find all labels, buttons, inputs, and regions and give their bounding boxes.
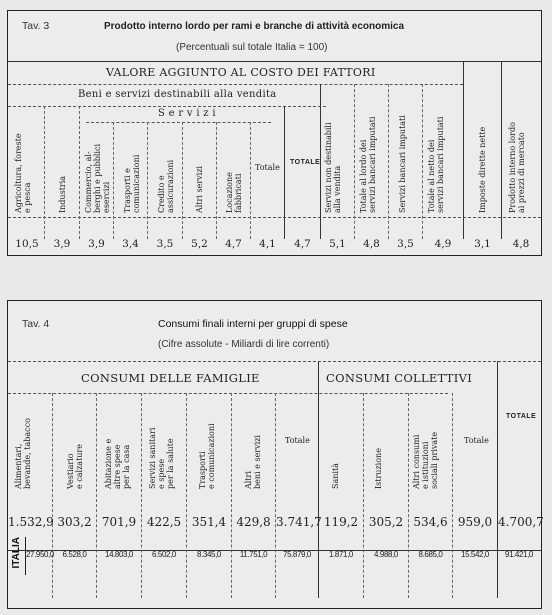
tav3-col-header: Altri servizi bbox=[195, 127, 204, 213]
divider bbox=[422, 84, 423, 239]
tav3-value: 4,9 bbox=[423, 238, 463, 250]
tav4-value: 429,8 bbox=[232, 515, 275, 529]
divider bbox=[408, 393, 409, 598]
tav3-value: 4,8 bbox=[355, 238, 388, 250]
tav3-col-header: Servizi bancari imputati bbox=[398, 91, 407, 213]
tav3-col-header: Locazione fabbricati bbox=[225, 127, 243, 213]
tav4-group-collettivi: CONSUMI COLLETTIVI bbox=[326, 371, 472, 385]
tav3-col-header: Servizi non destinabili alla vendita bbox=[324, 91, 342, 213]
tav3-col-header: Agricoltura, foreste e pesca bbox=[14, 127, 32, 213]
tav4-col-header: Totale bbox=[285, 436, 310, 445]
divider bbox=[8, 393, 448, 394]
tav4-col-header: Servizi sanitari e spese per la salute bbox=[148, 399, 175, 489]
tav3-value: 5,1 bbox=[321, 238, 354, 250]
divider bbox=[8, 61, 541, 62]
tav3-value: 4,7 bbox=[217, 238, 250, 250]
divider bbox=[363, 393, 364, 598]
tav4-col-header: Totale bbox=[464, 436, 489, 445]
tav4-value: 422,5 bbox=[142, 515, 186, 529]
tav4-value: 351,4 bbox=[187, 515, 231, 529]
tav4-italia-value: 6.528,0 bbox=[53, 550, 96, 559]
divider bbox=[8, 106, 326, 107]
tav4-number: Tav. 4 bbox=[22, 318, 49, 330]
tav4-group-famiglie: CONSUMI DELLE FAMIGLIE bbox=[81, 371, 260, 385]
tav4-italia-value: 14.803,0 bbox=[97, 550, 141, 559]
divider bbox=[250, 122, 251, 239]
tav3-value: 3,5 bbox=[148, 238, 182, 250]
tav4-value: 305,2 bbox=[364, 515, 408, 529]
divider bbox=[8, 84, 463, 85]
tav4-italia-value: 8.345,0 bbox=[187, 550, 231, 559]
tav3-value: 10,5 bbox=[10, 238, 44, 250]
tav3-col-header: TOTALE bbox=[290, 159, 320, 166]
tav3-col-header: Totale al lordo dei servizi bancari impu… bbox=[359, 91, 377, 213]
tav3-col-header: Commercio, al- berghi e pubblici eserciz… bbox=[84, 127, 111, 213]
tav3-subtitle: (Percentuali sul totale Italia = 100) bbox=[176, 42, 327, 53]
divider bbox=[8, 217, 541, 218]
tav4-italia-value: 6.502,0 bbox=[142, 550, 186, 559]
divider bbox=[452, 393, 453, 598]
tav4-col-header: Vestiario e calzature bbox=[66, 399, 84, 489]
tav3-value: 3,5 bbox=[389, 238, 422, 250]
tav4-value: 119,2 bbox=[319, 515, 363, 529]
tav4-value: 4.700,7 bbox=[498, 515, 540, 529]
tav4-value: 534,6 bbox=[409, 515, 452, 529]
divider bbox=[216, 122, 217, 239]
tav3-value: 3,9 bbox=[80, 238, 113, 250]
tav3-number: Tav. 3 bbox=[22, 20, 49, 32]
tav3-col-header: Industria bbox=[58, 127, 67, 213]
divider bbox=[141, 393, 142, 598]
tav3-subgroup-header: Beni e servizi destinabili alla vendita bbox=[78, 89, 277, 100]
tav3-value: 4,7 bbox=[285, 238, 320, 250]
table-tav3: Tav. 3 Prodotto interno lordo per rami e… bbox=[7, 10, 542, 256]
divider bbox=[44, 106, 45, 239]
divider bbox=[231, 393, 232, 598]
tav4-col-header: Istruzione bbox=[374, 399, 383, 489]
tav4-col-header: TOTALE bbox=[506, 413, 536, 420]
divider bbox=[79, 106, 80, 239]
tav3-col-header: Totale bbox=[255, 163, 280, 172]
divider bbox=[147, 122, 148, 239]
tav4-title: Consumi finali interni per gruppi di spe… bbox=[158, 318, 348, 330]
italia-label: ITALIA bbox=[11, 537, 22, 568]
tav4-col-header: Altri beni e servizi bbox=[244, 399, 262, 489]
divider bbox=[113, 122, 114, 239]
tav4-subtitle: (Cifre assolute - Miliardi di lire corre… bbox=[158, 339, 329, 350]
tav4-value: 701,9 bbox=[97, 515, 141, 529]
divider bbox=[284, 106, 285, 239]
divider bbox=[96, 393, 97, 598]
divider bbox=[318, 361, 319, 598]
tav4-col-header: Sanità bbox=[331, 399, 340, 489]
divider bbox=[8, 361, 541, 362]
divider bbox=[354, 84, 355, 239]
tav4-italia-value: 1.871,0 bbox=[319, 550, 363, 559]
tav4-italia-value: 11.751,0 bbox=[232, 550, 275, 559]
divider bbox=[275, 393, 276, 598]
tav4-value: 1.532,9 bbox=[8, 515, 52, 529]
tav4-value: 959,0 bbox=[453, 515, 497, 529]
tav3-value: 4,8 bbox=[502, 238, 540, 250]
divider bbox=[186, 393, 187, 598]
divider bbox=[463, 61, 464, 239]
divider bbox=[501, 61, 502, 239]
tav4-italia-value: 91.421,0 bbox=[498, 550, 540, 559]
divider bbox=[182, 122, 183, 239]
tav4-col-header: Trasporti e comunicazioni bbox=[198, 399, 216, 489]
tav4-italia-value: 27.950,0 bbox=[26, 550, 52, 559]
tav4-italia-value: 4.988,0 bbox=[364, 550, 408, 559]
tav4-italia-value: 8.685,0 bbox=[409, 550, 452, 559]
tav3-servizi-header: S e r v i z i bbox=[158, 108, 216, 119]
tav4-italia-value: 15.542,0 bbox=[453, 550, 497, 559]
tav3-col-header: Totale al netto dei servizi bancari impu… bbox=[427, 91, 445, 213]
tav3-value: 3,4 bbox=[114, 238, 147, 250]
tav3-col-header: Imposte dirette nette bbox=[478, 91, 487, 213]
tav3-value: 3,9 bbox=[45, 238, 79, 250]
tav4-col-header: Alimentari, bevande, tabacco bbox=[14, 399, 32, 489]
tav4-italia-value: 75.879,0 bbox=[276, 550, 318, 559]
divider bbox=[388, 84, 389, 239]
tav3-col-header: Prodotto interno lordo ai prezzi di merc… bbox=[508, 91, 526, 213]
tav4-value: 3.741,7 bbox=[276, 515, 318, 529]
tav3-title: Prodotto interno lordo per rami e branch… bbox=[104, 21, 404, 32]
tav4-col-header: Abitazione e altre spese per la casa bbox=[104, 399, 131, 489]
table-tav4: Tav. 4 Consumi finali interni per gruppi… bbox=[7, 300, 542, 609]
tav3-value: 3,1 bbox=[464, 238, 501, 250]
divider bbox=[52, 393, 53, 598]
tav3-col-header: Trasporti e comunicazioni bbox=[123, 127, 141, 213]
tav3-value: 4,1 bbox=[251, 238, 284, 250]
tav3-group-header: VALORE AGGIUNTO AL COSTO DEI FATTORI bbox=[106, 66, 375, 79]
tav4-col-header: Altri consumi e istituzioni sociali priv… bbox=[412, 399, 439, 489]
tav3-value: 5,2 bbox=[183, 238, 216, 250]
tav4-value: 303,2 bbox=[53, 515, 96, 529]
tav3-col-header: Credito e assicurazioni bbox=[157, 127, 175, 213]
divider bbox=[497, 361, 498, 598]
